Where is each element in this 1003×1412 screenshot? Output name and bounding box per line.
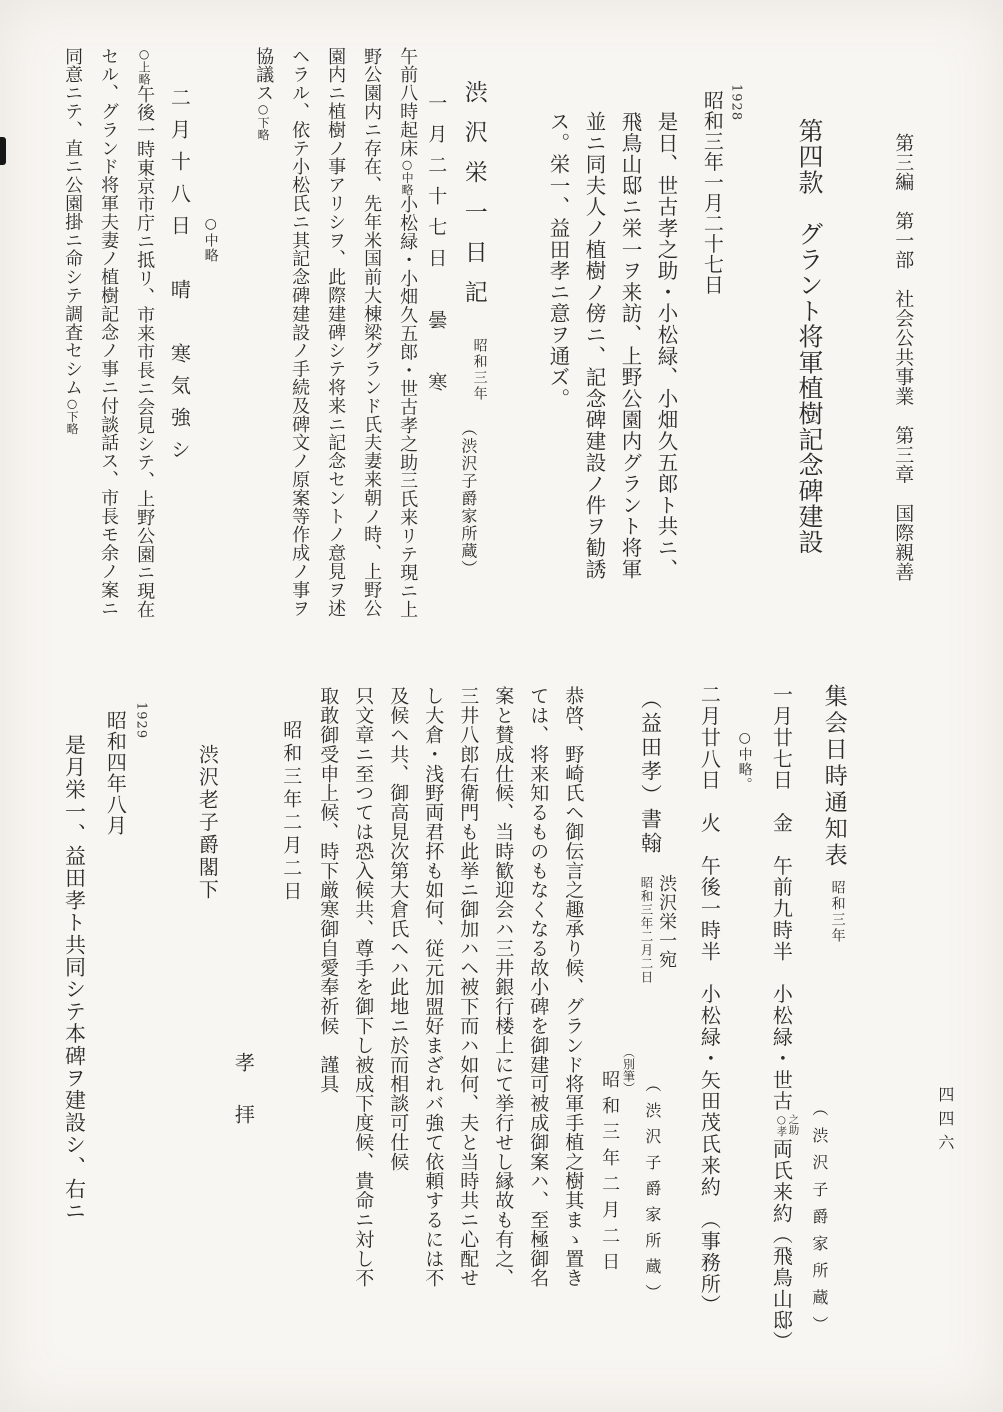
letter-body-line-4: 三井八郎右衛門も此挙ニ御加ハヘ被下而ハ如何、夫と当時共ニ心配せ <box>457 686 478 1287</box>
postscript-year-western: 1929 <box>133 702 148 739</box>
notice-entry-2: 二月廿八日 火 午後一時半 小松緑・矢田茂氏来約 （事務所） <box>698 684 720 1316</box>
inline-correction-right: 之助 <box>787 1114 799 1137</box>
letter-signature: 孝 拝 <box>232 1052 254 1130</box>
diary-between-omission: ○中略 <box>202 216 218 263</box>
postscript-date-heading: 昭和四年八月 <box>104 710 126 836</box>
notice-omission: ○中略。 <box>736 730 752 792</box>
letter-source: （渋沢子爵家所蔵） <box>643 1076 661 1310</box>
letter-body-line-2: ては、将来知るものもなくなる故小碑を御建可被成御案ハ、至極御名 <box>527 686 548 1287</box>
letter-addressee: 渋沢栄一宛 <box>656 874 676 969</box>
letter-body-line-7: 只文章ニ至つては恐入候共、尊手を御下し被成下度候、貴命ニ対し不 <box>352 686 373 1287</box>
scan-mark <box>0 137 6 165</box>
omission-note-icon: ○下略 <box>256 102 270 140</box>
diary-entry2-date: 二月十八日 晴 寒気強シ <box>168 87 190 471</box>
notice-entry-1: 一月廿七日 金 午前九時半 小松緑・世古之助○孝両氏来約（飛鳥山邸） <box>770 684 799 1353</box>
top-year-western: 1928 <box>728 84 743 121</box>
letter-heading-date: 昭和三年二月二日 <box>639 876 653 984</box>
notice-title-note: 昭和三年 <box>829 880 845 944</box>
diary-entry2-line3: 同意ニテ、直ニ公園掛ニ命シテ調査セシム○下略 <box>62 47 82 435</box>
omission-note-icon: ○下略 <box>65 397 79 435</box>
summary-line-4: ス。栄一、益田孝ニ意ヲ通ズ。 <box>546 111 569 409</box>
diary-entry1-line5-text: 協議ス <box>253 47 274 102</box>
diary-entry1-line1-pre: 午前八時起床 <box>397 47 418 157</box>
diary-entry1-date: 一月二十七日 曇 寒 <box>425 93 446 403</box>
diary-entry2-line2: セル、グランド将軍夫妻ノ植樹記念ノ事ニ付談話ス、市長モ余ノ案ニ <box>98 47 118 617</box>
letter-body-line-8: 取敢御受申上候、時下厳寒御自愛奉祈候 謹具 <box>317 686 338 1093</box>
letter-sidenote: （別筆） <box>621 1046 634 1094</box>
letter-body-line-3: 案と賛成仕候、当時歓迎会ハ三井銀行楼上にて挙行せし縁故も有之、 <box>492 686 513 1287</box>
letter-body-line-1: 恭啓、野崎氏ヘ御伝言之趣承り候、グランド将軍手植之樹其まゝ置き <box>562 686 583 1287</box>
scanned-document-page: 第三編 第一部 社会公共事業 第三章 国際親善 第四款 グラント将軍植樹記念碑建… <box>0 0 1003 1412</box>
postscript-text: 是月栄一、益田孝ト共同シテ本碑ヲ建設シ、右ニ <box>62 734 86 1222</box>
diary-entry1-line4: ヘラル、依テ小松氏ニ其記念碑建設ノ手続及碑文ノ原案等作成ノ事ヲ <box>289 47 309 617</box>
summary-line-1: 是日、世古孝之助・小松緑、小畑久五郎ト共ニ、 <box>654 111 677 580</box>
notice-entry1-tail: 両氏来約（飛鳥山邸） <box>769 1139 793 1353</box>
diary-title-note: 昭和三年 <box>471 338 487 402</box>
diary-entry1-line3: 園内ニ植樹ノ事アリシヲ、此際建碑シテ将来ニ記念セントノ意見ヲ述 <box>325 47 345 617</box>
letter-sidenote-date: 昭和三年二月二日 <box>599 1070 619 1278</box>
omission-note-icon: ○中略 <box>400 157 414 195</box>
diary-source: （渋沢子爵家所蔵） <box>459 420 477 578</box>
letter-heading: （益田孝）書翰 <box>638 688 662 856</box>
summary-line-3: 並ニ同夫人ノ植樹ノ傍ニ、記念碑建設ノ件ヲ勧誘 <box>582 111 605 580</box>
diary-entry1-line1-post: 小松緑・小畑久五郎・世古孝之助三氏来リテ現ニ上 <box>397 195 418 618</box>
top-date-heading: 昭和三年一月二十七日 <box>701 90 723 295</box>
diary-entry1-line2: 野公園内ニ存在、先年米国前大棟梁グランド氏夫妻来朝ノ時、上野公 <box>361 47 381 617</box>
omission-note-icon: ○上略 <box>137 47 151 85</box>
page-number: 四四六 <box>936 1086 954 1158</box>
notice-title: 集会日時通知表 <box>820 684 846 870</box>
inline-correction-left: ○孝 <box>775 1114 787 1137</box>
letter-body-line-5: し大倉・浅野両君抔も如何、従元加盟好まざれバ強て依頼するには不 <box>422 686 443 1287</box>
section-title: 第四款 グラント将軍植樹記念碑建設 <box>795 118 823 555</box>
letter-salutation: 渋沢老子爵閣下 <box>196 744 218 902</box>
diary-entry1-line5: 協議ス○下略 <box>253 47 273 140</box>
notice-entry1-text: 一月廿七日 金 午前九時半 小松緑・世古 <box>769 684 793 1112</box>
running-header: 第三編 第一部 社会公共事業 第三章 国際親善 <box>892 133 913 582</box>
summary-line-2: 飛鳥山邸ニ栄一ヲ来訪、上野公園内グラント将軍 <box>618 111 641 580</box>
diary-title: 渋沢栄一日記 <box>460 80 486 320</box>
diary-entry2-line1: ○上略午後一時東京市庁ニ抵リ、市来市長ニ会見シテ、上野公園ニ現在 <box>134 47 154 619</box>
diary-entry1-line1: 午前八時起床○中略小松緑・小畑久五郎・世古孝之助三氏来リテ現ニ上 <box>397 47 417 619</box>
letter-body-line-6: 及候ヘ共、御高見次第大倉氏ヘハ此地ニ於而相談可仕候 <box>387 686 408 1171</box>
inline-correction-note: 之助○孝 <box>775 1114 799 1137</box>
diary-entry2-line3-text: 同意ニテ、直ニ公園掛ニ命シテ調査セシム <box>62 47 83 397</box>
notice-source: （渋沢子爵家所蔵） <box>810 1100 828 1343</box>
diary-entry2-line1-text: 午後一時東京市庁ニ抵リ、市来市長ニ会見シテ、上野公園ニ現在 <box>134 85 155 619</box>
letter-date-line: 昭和三年二月二日 <box>280 720 301 904</box>
